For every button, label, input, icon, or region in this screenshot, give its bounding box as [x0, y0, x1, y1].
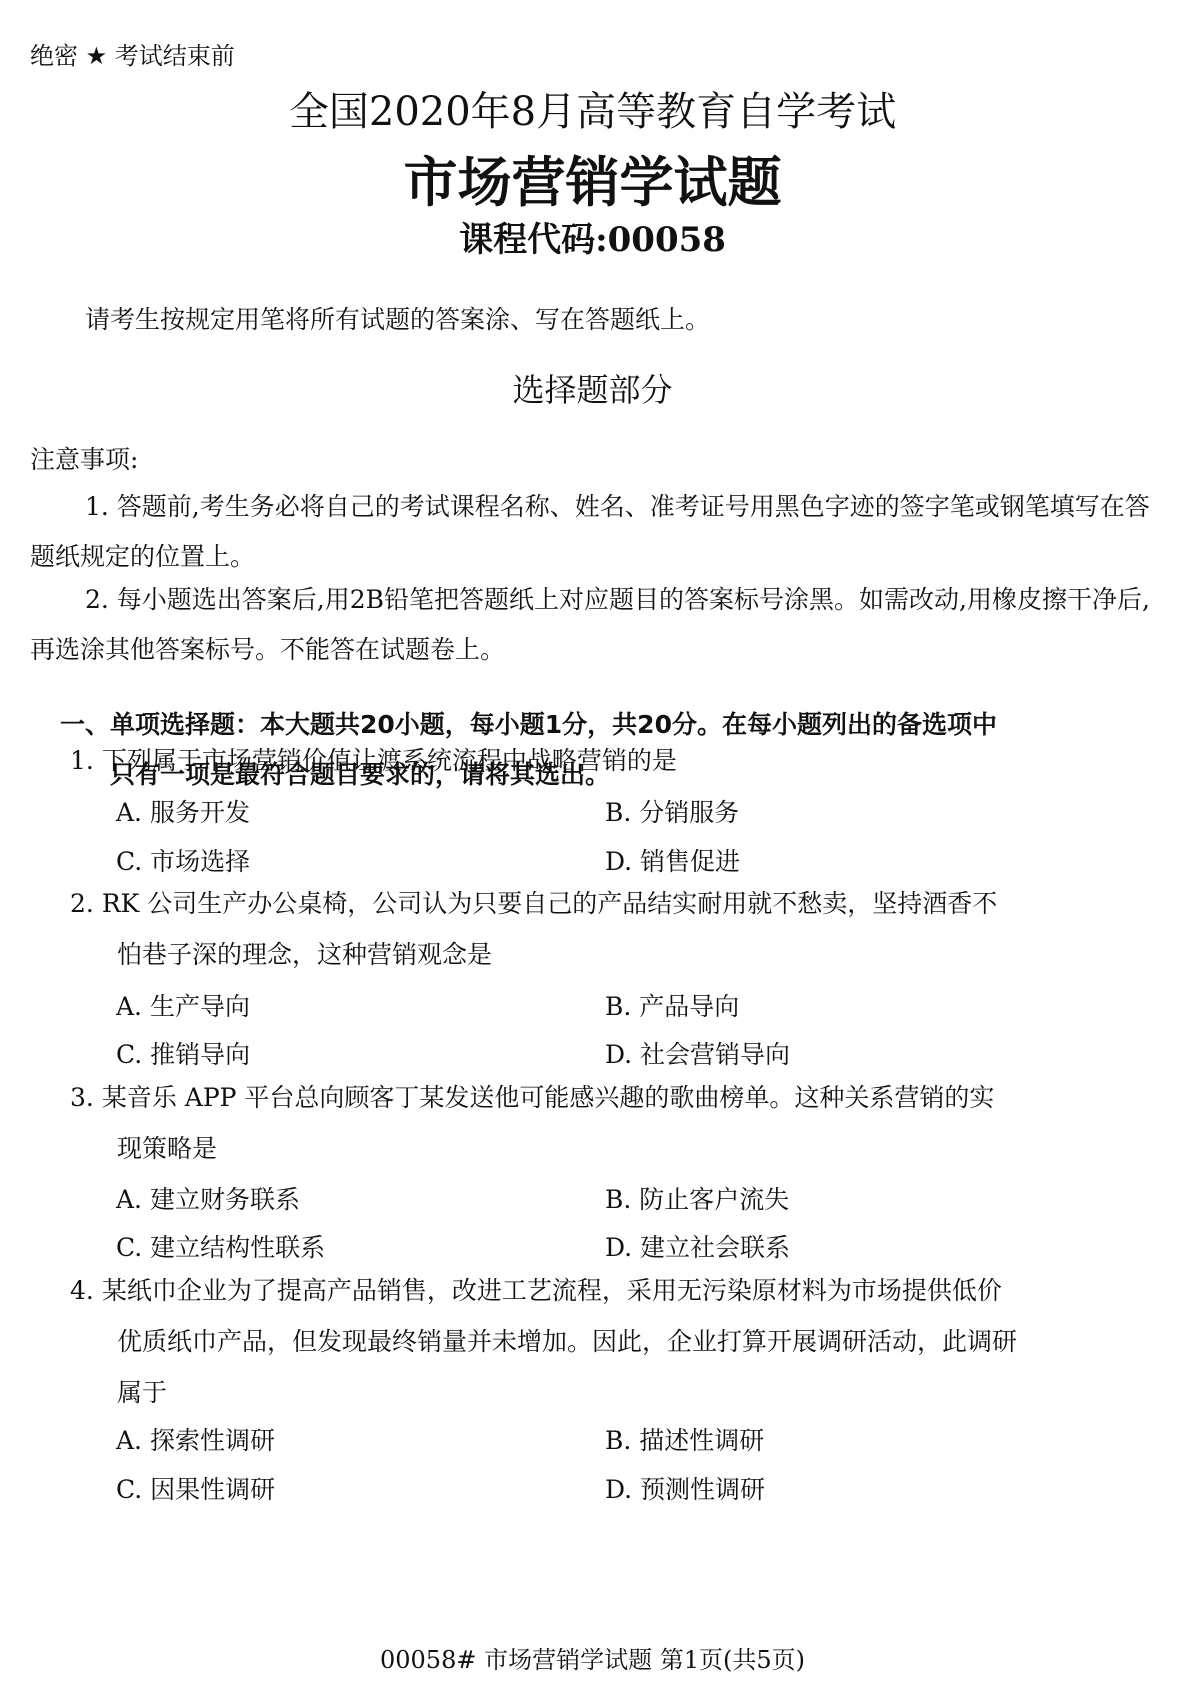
question-1: 1. 下列属于市场营销价值让渡系统流程中战略营销的是 [70, 735, 677, 786]
question-text: RK 公司生产办公桌椅，公司认为只要自己的产品结实耐用就不愁卖，坚持酒香不 [102, 889, 997, 918]
page-footer: 00058# 市场营销学试题 第1页(共5页) [0, 1640, 1185, 1675]
section-title: 选择题部分 [0, 365, 1185, 411]
question-number: 1. [70, 746, 94, 775]
q1-option-d[interactable]: D. 销售促进 [605, 842, 740, 878]
q3-option-a[interactable]: A. 建立财务联系 [116, 1180, 300, 1216]
course-code: 课程代码:00058 [0, 212, 1185, 261]
question-text: 某纸巾企业为了提高产品销售，改进工艺流程，采用无污染原材料为市场提供低价 [102, 1276, 1002, 1305]
subject-title: 市场营销学试题 [0, 140, 1185, 217]
exam-title: 全国2020年8月高等教育自学考试 [0, 80, 1185, 137]
q2-option-b[interactable]: B. 产品导向 [605, 987, 739, 1023]
q2-option-a[interactable]: A. 生产导向 [116, 987, 250, 1023]
question-text: 某音乐 APP 平台总向顾客丁某发送他可能感兴趣的歌曲榜单。这种关系营销的实 [102, 1083, 995, 1112]
question-text-cont: 优质纸巾产品，但发现最终销量并未增加。因此，企业打算开展调研活动，此调研 [70, 1316, 1017, 1367]
q1-option-c[interactable]: C. 市场选择 [116, 842, 250, 878]
question-text: 下列属于市场营销价值让渡系统流程中战略营销的是 [102, 746, 677, 775]
question-number: 2. [70, 889, 94, 918]
q4-option-a[interactable]: A. 探索性调研 [116, 1421, 275, 1457]
instruction-text: 请考生按规定用笔将所有试题的答案涂、写在答题纸上。 [85, 300, 710, 336]
question-3: 3. 某音乐 APP 平台总向顾客丁某发送他可能感兴趣的歌曲榜单。这种关系营销的… [70, 1072, 994, 1174]
notice-item-2: 2. 每小题选出答案后,用2B铅笔把答题纸上对应题目的答案标号涂黑。如需改动,用… [30, 575, 1155, 675]
q1-option-b[interactable]: B. 分销服务 [605, 793, 739, 829]
question-text-cont: 怕巷子深的理念，这种营销观念是 [70, 929, 997, 980]
q3-option-d[interactable]: D. 建立社会联系 [605, 1228, 790, 1264]
q3-option-b[interactable]: B. 防止客户流失 [605, 1180, 789, 1216]
notice-item-1: 1. 答题前,考生务必将自己的考试课程名称、姓名、准考证号用黑色字迹的签字笔或钢… [30, 482, 1155, 582]
question-number: 3. [70, 1083, 94, 1112]
notice-item-text: 2. 每小题选出答案后,用2B铅笔把答题纸上对应题目的答案标号涂黑。如需改动,用… [30, 575, 1155, 675]
q4-option-b[interactable]: B. 描述性调研 [605, 1421, 764, 1457]
q4-option-d[interactable]: D. 预测性调研 [605, 1470, 765, 1506]
q1-option-a[interactable]: A. 服务开发 [116, 793, 250, 829]
q2-option-c[interactable]: C. 推销导向 [116, 1035, 250, 1071]
question-number: 4. [70, 1276, 94, 1305]
q4-option-c[interactable]: C. 因果性调研 [116, 1470, 275, 1506]
notice-item-text: 1. 答题前,考生务必将自己的考试课程名称、姓名、准考证号用黑色字迹的签字笔或钢… [30, 482, 1155, 582]
confidential-label: 绝密 ★ 考试结束前 [30, 36, 235, 71]
question-text-cont: 现策略是 [70, 1123, 994, 1174]
q2-option-d[interactable]: D. 社会营销导向 [605, 1035, 790, 1071]
question-2: 2. RK 公司生产办公桌椅，公司认为只要自己的产品结实耐用就不愁卖，坚持酒香不… [70, 878, 997, 980]
question-text-cont: 属于 [70, 1367, 1017, 1418]
notice-title: 注意事项: [30, 440, 138, 476]
question-4: 4. 某纸巾企业为了提高产品销售，改进工艺流程，采用无污染原材料为市场提供低价 … [70, 1265, 1017, 1418]
q3-option-c[interactable]: C. 建立结构性联系 [116, 1228, 325, 1264]
